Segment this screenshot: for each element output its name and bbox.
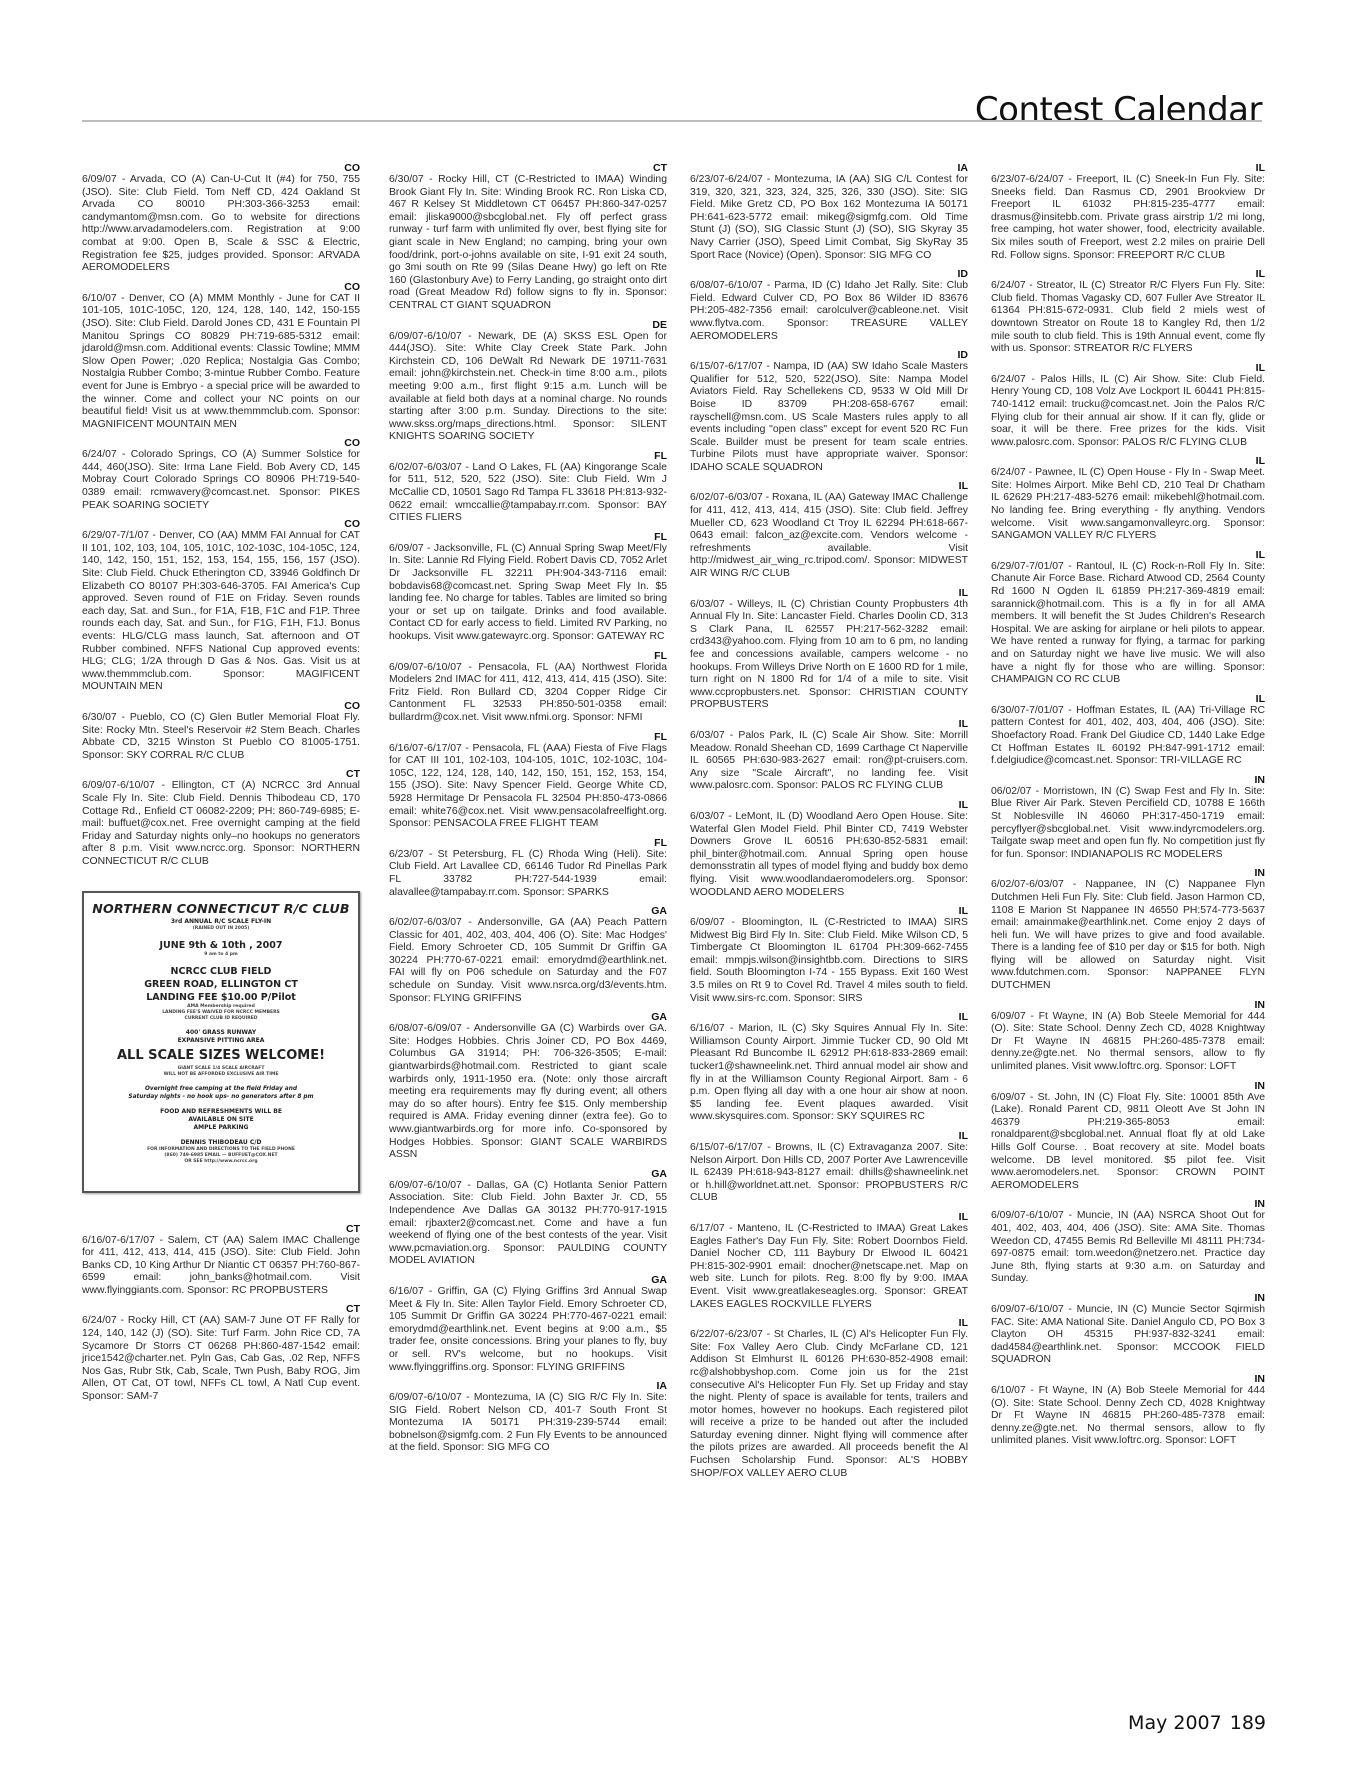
entry-text: 6/03/07 - Palos Park, IL (C) Scale Air S… (690, 730, 968, 793)
entry-text: 6/09/07 - St. John, IN (C) Float Fly. Si… (991, 1092, 1265, 1193)
contest-entry: CT6/09/07-6/10/07 - Ellington, CT (A) NC… (82, 768, 360, 868)
entry-text: 6/09/07 - Jacksonville, FL (C) Annual Sp… (389, 543, 667, 644)
entry-text: 6/29/07-7/01/07 - Rantoul, IL (C) Rock-n… (991, 561, 1265, 687)
state-label: IL (690, 1130, 968, 1142)
calendar-column-2: CT6/30/07 - Rocky Hill, CT (C-Restricted… (389, 162, 667, 1461)
entry-text: 6/24/07 - Streator, IL (C) Streator R/C … (991, 280, 1265, 356)
state-label: CT (82, 768, 360, 780)
flyer-subtitle: 3rd ANNUAL R/C SCALE FLY-IN (90, 918, 352, 926)
entry-text: 6/30/07 - Rocky Hill, CT (C-Restricted t… (389, 174, 667, 313)
contest-entry: IL6/02/07-6/03/07 - Roxana, IL (AA) Gate… (690, 480, 968, 580)
state-label: IN (991, 1198, 1265, 1210)
entry-text: 6/23/07-6/24/07 - Montezuma, IA (AA) SIG… (690, 174, 968, 262)
flyer-camping-2: Saturday nights - no hook ups- no genera… (90, 1093, 352, 1101)
entry-text: 6/02/07-6/03/07 - Andersonville, GA (AA)… (389, 917, 667, 1005)
state-label: IN (991, 1292, 1265, 1304)
contest-entry: IL6/23/07-6/24/07 - Freeport, IL (C) Sne… (991, 162, 1265, 262)
contest-entry: IL6/29/07-7/01/07 - Rantoul, IL (C) Rock… (991, 549, 1265, 687)
contest-entry: GA6/08/07-6/09/07 - Andersonville GA (C)… (389, 1011, 667, 1162)
ncrcc-flyer-ad: NORTHERN CONNECTICUT R/C CLUB 3rd ANNUAL… (82, 891, 360, 1193)
contest-entry: CO6/10/07 - Denver, CO (A) MMM Monthly -… (82, 281, 360, 432)
flyer-dates: JUNE 9th & 10th , 2007 (90, 939, 352, 952)
entry-text: 6/09/07-6/10/07 - Dallas, GA (C) Hotlant… (389, 1180, 667, 1268)
state-label: GA (389, 905, 667, 917)
contest-entry: ID6/08/07-6/10/07 - Parma, ID (C) Idaho … (690, 268, 968, 343)
entry-text: 6/24/07 - Pawnee, IL (C) Open House - Fl… (991, 467, 1265, 543)
contest-entry: IL6/30/07-7/01/07 - Hoffman Estates, IL … (991, 693, 1265, 768)
state-label: CO (82, 700, 360, 712)
contest-entry: FL6/16/07-6/17/07 - Pensacola, FL (AAA) … (389, 731, 667, 831)
flyer-camping-1: Overnight free camping at the field Frid… (90, 1085, 352, 1093)
state-label: IL (991, 549, 1265, 561)
contest-entry: IA6/09/07-6/10/07 - Montezuma, IA (C) SI… (389, 1380, 667, 1455)
contest-entry: CO6/30/07 - Pueblo, CO (C) Glen Butler M… (82, 700, 360, 762)
state-label: CT (82, 1223, 360, 1235)
state-label: IL (690, 905, 968, 917)
state-label: IN (991, 774, 1265, 786)
entry-text: 6/24/07 - Rocky Hill, CT (AA) SAM-7 June… (82, 1315, 360, 1403)
flyer-fee: LANDING FEE $10.00 P/Pilot (90, 991, 352, 1004)
contest-entry: IL6/17/07 - Manteno, IL (C-Restricted to… (690, 1211, 968, 1311)
flyer-welcome: ALL SCALE SIZES WELCOME! (90, 1047, 352, 1064)
entry-text: 6/24/07 - Colorado Springs, CO (A) Summe… (82, 449, 360, 512)
state-label: ID (690, 268, 968, 280)
page-number: 189 (1230, 1712, 1266, 1734)
state-label: IL (690, 587, 968, 599)
state-label: ID (690, 349, 968, 361)
state-label: IL (690, 1211, 968, 1223)
entry-text: 6/23/07-6/24/07 - Freeport, IL (C) Sneek… (991, 174, 1265, 262)
entry-text: 6/24/07 - Palos Hills, IL (C) Air Show. … (991, 374, 1265, 450)
state-label: FL (389, 731, 667, 743)
entry-text: 6/02/07-6/03/07 - Nappanee, IN (C) Nappa… (991, 879, 1265, 992)
page-title: Contest Calendar (975, 90, 1262, 130)
flyer-title: NORTHERN CONNECTICUT R/C CLUB (90, 903, 352, 916)
calendar-column-4: IL6/23/07-6/24/07 - Freeport, IL (C) Sne… (991, 162, 1265, 1454)
entry-text: 6/08/07-6/09/07 - Andersonville GA (C) W… (389, 1023, 667, 1162)
state-label: IL (991, 362, 1265, 374)
state-label: GA (389, 1011, 667, 1023)
entry-text: 6/10/07 - Ft Wayne, IN (A) Bob Steele Me… (991, 1385, 1265, 1448)
state-label: IL (690, 1317, 968, 1329)
state-label: DE (389, 319, 667, 331)
entry-text: 6/09/07-6/10/07 - Muncie, IN (AA) NSRCA … (991, 1210, 1265, 1286)
contest-entry: IN6/09/07-6/10/07 - Muncie, IN (AA) NSRC… (991, 1198, 1265, 1286)
contest-entry: FL6/09/07 - Jacksonville, FL (C) Annual … (389, 531, 667, 644)
state-label: FL (389, 450, 667, 462)
state-label: CT (389, 162, 667, 174)
state-label: IL (690, 799, 968, 811)
calendar-column-3: IA6/23/07-6/24/07 - Montezuma, IA (AA) S… (690, 162, 968, 1486)
state-label: IN (991, 1080, 1265, 1092)
entry-text: 6/09/07-6/10/07 - Pensacola, FL (AA) Nor… (389, 662, 667, 725)
state-label: IL (991, 268, 1265, 280)
entry-text: 6/16/07-6/17/07 - Salem, CT (AA) Salem I… (82, 1235, 360, 1298)
entry-text: 6/29/07-7/1/07 - Denver, CO (AA) MMM FAI… (82, 530, 360, 694)
entry-text: 6/23/07 - St Petersburg, FL (C) Rhoda Wi… (389, 849, 667, 899)
contest-entry: CO6/29/07-7/1/07 - Denver, CO (AA) MMM F… (82, 518, 360, 694)
entry-text: 6/10/07 - Denver, CO (A) MMM Monthly - J… (82, 293, 360, 432)
contest-entry: CO6/24/07 - Colorado Springs, CO (A) Sum… (82, 437, 360, 512)
header-divider (82, 120, 1262, 122)
contest-entry: IL6/03/07 - Palos Park, IL (C) Scale Air… (690, 718, 968, 793)
contest-entry: FL6/23/07 - St Petersburg, FL (C) Rhoda … (389, 837, 667, 899)
contest-entry: CT6/24/07 - Rocky Hill, CT (AA) SAM-7 Ju… (82, 1303, 360, 1403)
state-label: IN (991, 999, 1265, 1011)
state-label: GA (389, 1274, 667, 1286)
state-label: FL (389, 650, 667, 662)
state-label: FL (389, 531, 667, 543)
contest-entry: IN6/09/07-6/10/07 - Muncie, IN (C) Munci… (991, 1292, 1265, 1367)
contest-entry: IL6/03/07 - LeMont, IL (D) Woodland Aero… (690, 799, 968, 899)
entry-text: 6/09/07-6/10/07 - Montezuma, IA (C) SIG … (389, 1392, 667, 1455)
flyer-cd: DENNIS THIBODEAU C/D (90, 1139, 352, 1147)
entry-text: 6/03/07 - Willeys, IL (C) Christian Coun… (690, 599, 968, 712)
entry-text: 6/03/07 - LeMont, IL (D) Woodland Aero O… (690, 811, 968, 899)
entry-text: 6/15/07-6/17/07 - Nampa, ID (AA) SW Idah… (690, 361, 968, 474)
contest-entry: IL6/24/07 - Streator, IL (C) Streator R/… (991, 268, 1265, 356)
calendar-column-1: CO6/09/07 - Arvada, CO (A) Can-U-Cut It … (82, 162, 360, 1410)
entry-text: 06/02/07 - Morristown, IN (C) Swap Fest … (991, 786, 1265, 862)
contest-entry: IL6/24/07 - Palos Hills, IL (C) Air Show… (991, 362, 1265, 450)
entry-text: 6/16/07 - Marion, IL (C) Sky Squires Ann… (690, 1023, 968, 1124)
contest-entry: IN6/09/07 - Ft Wayne, IN (A) Bob Steele … (991, 999, 1265, 1074)
entry-text: 6/09/07-6/10/07 - Ellington, CT (A) NCRC… (82, 780, 360, 868)
entry-text: 6/02/07-6/03/07 - Roxana, IL (AA) Gatewa… (690, 492, 968, 580)
contest-entry: IN6/10/07 - Ft Wayne, IN (A) Bob Steele … (991, 1373, 1265, 1448)
flyer-web: OR SEE http://www.ncrcc.org (90, 1159, 352, 1165)
contest-entry: IN6/09/07 - St. John, IN (C) Float Fly. … (991, 1080, 1265, 1193)
state-label: FL (389, 837, 667, 849)
contest-entry: IN6/02/07-6/03/07 - Nappanee, IN (C) Nap… (991, 867, 1265, 992)
state-label: IL (991, 455, 1265, 467)
state-label: IA (389, 1380, 667, 1392)
contest-entry: IL6/16/07 - Marion, IL (C) Sky Squires A… (690, 1011, 968, 1124)
state-label: CO (82, 281, 360, 293)
flyer-road: GREEN ROAD, ELLINGTON CT (90, 978, 352, 991)
contest-entry: CT6/30/07 - Rocky Hill, CT (C-Restricted… (389, 162, 667, 313)
state-label: IN (991, 867, 1265, 879)
contest-entry: GA6/16/07 - Griffin, GA (C) Flying Griff… (389, 1274, 667, 1374)
flyer-field: NCRCC CLUB FIELD (90, 965, 352, 978)
state-label: IL (991, 162, 1265, 174)
entry-text: 6/30/07 - Pueblo, CO (C) Glen Butler Mem… (82, 712, 360, 762)
contest-entry: FL6/09/07-6/10/07 - Pensacola, FL (AA) N… (389, 650, 667, 725)
entry-text: 6/16/07-6/17/07 - Pensacola, FL (AAA) Fi… (389, 743, 667, 831)
entry-text: 6/08/07-6/10/07 - Parma, ID (C) Idaho Je… (690, 280, 968, 343)
contest-entry: FL6/02/07-6/03/07 - Land O Lakes, FL (AA… (389, 450, 667, 525)
contest-entry: IL6/09/07 - Bloomington, IL (C-Restricte… (690, 905, 968, 1005)
state-label: IL (690, 718, 968, 730)
entry-text: 6/09/07-6/10/07 - Muncie, IN (C) Muncie … (991, 1304, 1265, 1367)
entry-text: 6/16/07 - Griffin, GA (C) Flying Griffin… (389, 1286, 667, 1374)
entry-text: 6/30/07-7/01/07 - Hoffman Estates, IL (A… (991, 705, 1265, 768)
flyer-runway: 400' GRASS RUNWAY (90, 1029, 352, 1037)
contest-entry: IL6/15/07-6/17/07 - Browns, IL (C) Extra… (690, 1130, 968, 1205)
contest-entry: CO6/09/07 - Arvada, CO (A) Can-U-Cut It … (82, 162, 360, 275)
entry-text: 6/22/07-6/23/07 - St Charles, IL (C) Al'… (690, 1329, 968, 1480)
entry-text: 6/17/07 - Manteno, IL (C-Restricted to I… (690, 1223, 968, 1311)
flyer-pitting: EXPANSIVE PITTING AREA (90, 1037, 352, 1045)
state-label: GA (389, 1168, 667, 1180)
flyer-food-1: FOOD AND REFRESHMENTS WILL BE (90, 1108, 352, 1116)
contest-entry: IL6/24/07 - Pawnee, IL (C) Open House - … (991, 455, 1265, 543)
state-label: IL (690, 480, 968, 492)
entry-text: 6/09/07 - Ft Wayne, IN (A) Bob Steele Me… (991, 1011, 1265, 1074)
contest-entry: GA6/09/07-6/10/07 - Dallas, GA (C) Hotla… (389, 1168, 667, 1268)
entry-text: 6/09/07-6/10/07 - Newark, DE (A) SKSS ES… (389, 331, 667, 444)
page-footer: May 2007189 (1120, 1712, 1266, 1734)
state-label: IL (991, 693, 1265, 705)
entry-text: 6/09/07 - Arvada, CO (A) Can-U-Cut It (#… (82, 174, 360, 275)
state-label: CT (82, 1303, 360, 1315)
entry-text: 6/02/07-6/03/07 - Land O Lakes, FL (AA) … (389, 462, 667, 525)
contest-entry: IA6/23/07-6/24/07 - Montezuma, IA (AA) S… (690, 162, 968, 262)
contest-entry: CT6/16/07-6/17/07 - Salem, CT (AA) Salem… (82, 1223, 360, 1298)
contest-entry: IL6/22/07-6/23/07 - St Charles, IL (C) A… (690, 1317, 968, 1480)
state-label: IA (690, 162, 968, 174)
state-label: IN (991, 1373, 1265, 1385)
state-label: CO (82, 162, 360, 174)
flyer-parking: AMPLE PARKING (90, 1124, 352, 1132)
state-label: IL (690, 1011, 968, 1023)
page-header: Contest Calendar (82, 88, 1262, 128)
state-label: CO (82, 518, 360, 530)
contest-entry: IN06/02/07 - Morristown, IN (C) Swap Fes… (991, 774, 1265, 862)
entry-text: 6/15/07-6/17/07 - Browns, IL (C) Extrava… (690, 1142, 968, 1205)
contest-entry: ID6/15/07-6/17/07 - Nampa, ID (AA) SW Id… (690, 349, 968, 474)
contest-entry: DE6/09/07-6/10/07 - Newark, DE (A) SKSS … (389, 319, 667, 444)
contest-entry: GA6/02/07-6/03/07 - Andersonville, GA (A… (389, 905, 667, 1005)
issue-date: May 2007 (1128, 1712, 1222, 1734)
contest-entry: IL6/03/07 - Willeys, IL (C) Christian Co… (690, 587, 968, 712)
flyer-food-2: AVAILABLE ON SITE (90, 1116, 352, 1124)
state-label: CO (82, 437, 360, 449)
entry-text: 6/09/07 - Bloomington, IL (C-Restricted … (690, 917, 968, 1005)
